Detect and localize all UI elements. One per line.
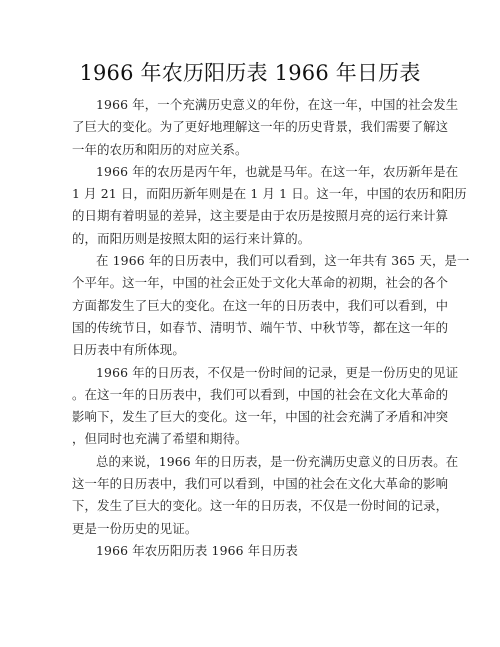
paragraph-footer-title: 1966 年农历阳历表 1966 年日历表: [72, 540, 432, 562]
text-line: 。在这一年的日历表中，我们可以看到，中国的社会在文化大革命的: [72, 384, 432, 406]
text-line: 下，发生了巨大的变化。这一年的日历表，不仅是一份时间的记录，: [72, 495, 432, 517]
text-line: 了巨大的变化。为了更好地理解这一年的历史背景，我们需要了解这: [72, 116, 432, 138]
text-line: 更是一份历史的见证。: [72, 518, 432, 540]
text-line: ，但同时也充满了希望和期待。: [72, 428, 432, 450]
document-body: 1966 年，一个充满历史意义的年份，在这一年，中国的社会发生 了巨大的变化。为…: [72, 94, 432, 562]
text-line: 1966 年的农历是丙午年，也就是马年。在这一年，农历新年是在: [72, 161, 432, 183]
text-line: 这一年的日历表中，我们可以看到，中国的社会在文化大革命的影响: [72, 473, 432, 495]
text-line: 一年的农历和阳历的对应关系。: [72, 139, 432, 161]
paragraph-historical-witness: 1966 年的日历表，不仅是一份时间的记录，更是一份历史的见证 。在这一年的日历…: [72, 362, 432, 451]
text-line: 个平年。这一年，中国的社会正处于文化大革命的初期，社会的各个: [72, 272, 432, 294]
document-page: 1966 年农历阳历表 1966 年日历表 1966 年，一个充满历史意义的年份…: [0, 0, 500, 647]
text-line: 影响下，发生了巨大的变化。这一年，中国的社会充满了矛盾和冲突: [72, 406, 432, 428]
text-line: 方面都发生了巨大的变化。在这一年的日历表中，我们可以看到，中: [72, 295, 432, 317]
text-line: 1966 年的日历表，不仅是一份时间的记录，更是一份历史的见证: [72, 362, 432, 384]
text-line: 总的来说，1966 年的日历表，是一份充满历史意义的日历表。在: [72, 451, 432, 473]
text-line: 在 1966 年的日历表中，我们可以看到，这一年共有 365 天，是一: [72, 250, 432, 272]
paragraph-summary: 总的来说，1966 年的日历表，是一份充满历史意义的日历表。在 这一年的日历表中…: [72, 451, 432, 540]
document-title: 1966 年农历阳历表 1966 年日历表: [0, 58, 500, 88]
text-line: 1966 年，一个充满历史意义的年份，在这一年，中国的社会发生: [72, 94, 432, 116]
text-line: 1 月 21 日，而阳历新年则是在 1 月 1 日。这一年，中国的农历和阳历: [72, 183, 432, 205]
paragraph-calendar-overview: 在 1966 年的日历表中，我们可以看到，这一年共有 365 天，是一 个平年。…: [72, 250, 432, 361]
paragraph-lunar-calendar: 1966 年的农历是丙午年，也就是马年。在这一年，农历新年是在 1 月 21 日…: [72, 161, 432, 250]
paragraph-intro: 1966 年，一个充满历史意义的年份，在这一年，中国的社会发生 了巨大的变化。为…: [72, 94, 432, 161]
text-line: 日历表中有所体现。: [72, 339, 432, 361]
text-line: 的日期有着明显的差异，这主要是由于农历是按照月亮的运行来计算: [72, 205, 432, 227]
text-line: 国的传统节日，如春节、清明节、端午节、中秋节等，都在这一年的: [72, 317, 432, 339]
text-line: 的，而阳历则是按照太阳的运行来计算的。: [72, 228, 432, 250]
text-line: 1966 年农历阳历表 1966 年日历表: [72, 540, 432, 562]
